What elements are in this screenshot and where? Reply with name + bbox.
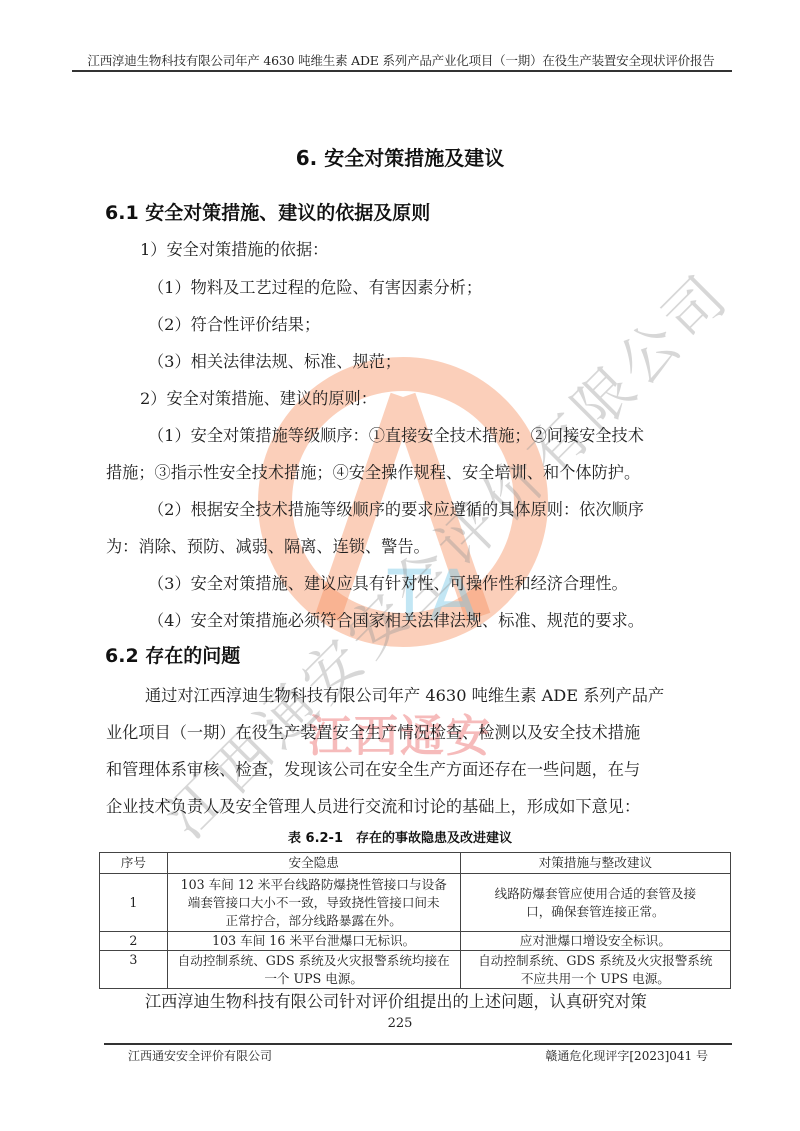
principle-line: （2）根据安全技术措施等级顺序的要求应遵循的具体原则：依次顺序: [148, 496, 644, 520]
table-caption: 表 6.2-1 存在的事故隐患及改进建议: [0, 827, 800, 846]
running-header: 江西淳迪生物科技有限公司年产 4630 吨维生素 ADE 系列产品产业化项目（一…: [70, 51, 732, 69]
hazard-line: 103 车间 16 米平台泄爆口无标识。: [172, 932, 456, 950]
row-fix: 应对泄爆口增设安全标识。: [460, 932, 730, 951]
section-title-6-2: 6.2 存在的问题: [105, 641, 240, 668]
row-fix: 线路防爆套管应使用合适的套管及接 口，确保套管连接正常。: [460, 874, 730, 932]
principle-line: （3）安全对策措施、建议应具有针对性、可操作性和经济合理性。: [148, 570, 628, 594]
closing-line: 江西淳迪生物科技有限公司针对评价组提出的上述问题，认真研究对策: [145, 988, 647, 1012]
principles-heading: 2）安全对策措施、建议的原则：: [140, 385, 377, 409]
row-no: 1: [100, 874, 168, 932]
basis-item: （1）物料及工艺过程的危险、有害因素分析；: [148, 274, 482, 298]
intro-line: 通过对江西淳迪生物科技有限公司年产 4630 吨维生素 ADE 系列产品产: [145, 682, 664, 706]
header-hazard: 安全隐患: [167, 853, 460, 874]
footer-divider: [104, 1043, 732, 1045]
header-no: 序号: [100, 853, 168, 874]
row-hazard: 自动控制系统、GDS 系统及火灾报警系统均接在 一个 UPS 电源。: [167, 951, 460, 989]
fix-line: 自动控制系统、GDS 系统及火灾报警系统: [465, 952, 726, 970]
page-number: 225: [0, 1016, 800, 1031]
intro-line: 和管理体系审核、检查，发现该公司在安全生产方面还存在一些问题，在与: [106, 756, 640, 780]
section-title-6-1: 6.1 安全对策措施、建议的依据及原则: [105, 198, 430, 225]
fix-line: 应对泄爆口增设安全标识。: [465, 932, 726, 950]
footer-doc-number: 赣通危化现评字[2023]041 号: [545, 1047, 708, 1064]
hazard-line: 端套管接口大小不一致，导致挠性管接口间未: [172, 894, 456, 912]
table-row: 2 103 车间 16 米平台泄爆口无标识。 应对泄爆口增设安全标识。: [100, 932, 731, 951]
principle-line: （1）安全对策措施等级顺序：①直接安全技术措施；②间接安全技术: [148, 422, 644, 446]
principle-line: 为：消除、预防、减弱、隔离、连锁、警告。: [106, 533, 430, 557]
table-row: 3 自动控制系统、GDS 系统及火灾报警系统均接在 一个 UPS 电源。 自动控…: [100, 951, 731, 989]
table-header-row: 序号 安全隐患 对策措施与整改建议: [100, 853, 731, 874]
row-hazard: 103 车间 12 米平台线路防爆挠性管接口与设备 端套管接口大小不一致，导致挠…: [167, 874, 460, 932]
text-layer: 江西淳迪生物科技有限公司年产 4630 吨维生素 ADE 系列产品产业化项目（一…: [0, 0, 800, 1131]
document-page: TA 江西通安 江西通安安全评价有限公司 江西淳迪生物科技有限公司年产 4630…: [0, 0, 800, 1131]
header-fix: 对策措施与整改建议: [460, 853, 730, 874]
row-hazard: 103 车间 16 米平台泄爆口无标识。: [167, 932, 460, 951]
header-divider: [72, 70, 732, 72]
table-row: 1 103 车间 12 米平台线路防爆挠性管接口与设备 端套管接口大小不一致，导…: [100, 874, 731, 932]
hazard-line: 自动控制系统、GDS 系统及火灾报警系统均接在: [172, 952, 456, 970]
footer-company: 江西通安安全评价有限公司: [128, 1047, 272, 1064]
fix-line: 不应共用一个 UPS 电源。: [465, 970, 726, 988]
chapter-title: 6. 安全对策措施及建议: [0, 142, 800, 171]
intro-line: 企业技术负责人及安全管理人员进行交流和讨论的基础上，形成如下意见：: [106, 793, 640, 817]
intro-line: 业化项目（一期）在役生产装置安全生产情况检查、检测以及安全技术措施: [106, 719, 640, 743]
hazard-line: 103 车间 12 米平台线路防爆挠性管接口与设备: [172, 876, 456, 894]
row-no: 2: [100, 932, 168, 951]
basis-item: （3）相关法律法规、标准、规范；: [148, 348, 401, 372]
hazard-line: 正常拧合，部分线路暴露在外。: [172, 912, 456, 930]
basis-item: （2）符合性评价结果；: [148, 311, 320, 335]
hazard-line: 一个 UPS 电源。: [172, 970, 456, 988]
issues-table: 序号 安全隐患 对策措施与整改建议 1 103 车间 12 米平台线路防爆挠性管…: [99, 852, 731, 989]
row-no: 3: [100, 951, 168, 989]
principle-line: （4）安全对策措施必须符合国家相关法律法规、标准、规范的要求。: [148, 607, 644, 631]
fix-line: 线路防爆套管应使用合适的套管及接: [465, 885, 726, 903]
row-fix: 自动控制系统、GDS 系统及火灾报警系统 不应共用一个 UPS 电源。: [460, 951, 730, 989]
principle-line: 措施；③指示性安全技术措施；④安全操作规程、安全培训、和个体防护。: [106, 459, 640, 483]
basis-heading: 1）安全对策措施的依据：: [140, 236, 328, 260]
fix-line: 口，确保套管连接正常。: [465, 903, 726, 921]
